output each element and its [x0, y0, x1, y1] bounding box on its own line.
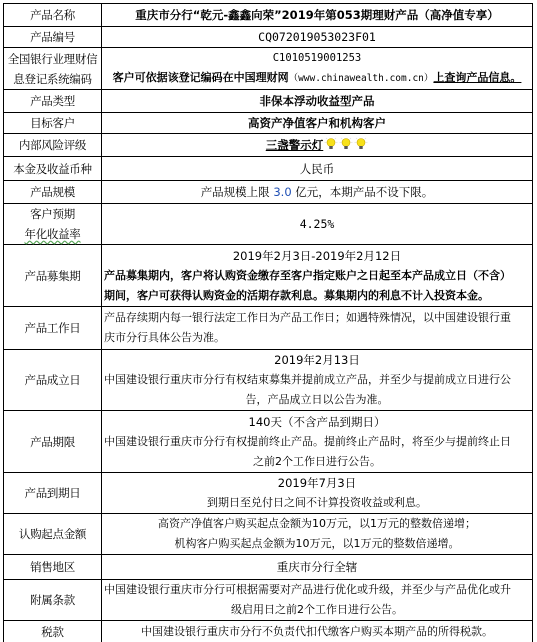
label-product-term: 产品期限	[4, 411, 102, 473]
value-product-type: 非保本浮动收益型产品	[102, 90, 533, 113]
row-maturity-date: 产品到期日 2019年7月3日 到期日至兑付日之间不计算投资收益或利息。	[4, 473, 533, 514]
risk-rating-text: 三盏警示灯	[266, 138, 324, 152]
row-product-name: 产品名称 重庆市分行“乾元-鑫鑫向荣”2019年第053期理财产品（高净值专享）	[4, 4, 533, 27]
row-sales-region: 销售地区 重庆市分行全辖	[4, 555, 533, 580]
registry-code: C1010519001253	[104, 48, 530, 68]
label-sales-region: 销售地区	[4, 555, 102, 580]
value-establish-date: 2019年2月13日 中国建设银行重庆市分行有权结束募集并提前成立产品，并至少与…	[102, 350, 533, 411]
value-product-code: CQ072019053023F01	[102, 27, 533, 48]
row-currency: 本金及收益币种 人民币	[4, 157, 533, 181]
row-min-amount: 认购起点金额 高资产净值客户购买起点金额为10万元，以1万元的整数倍递增； 机构…	[4, 514, 533, 555]
row-product-type: 产品类型 非保本浮动收益型产品	[4, 90, 533, 113]
label-raising-period: 产品募集期	[4, 245, 102, 307]
registry-note-prefix: 客户可依据该登记编码在中国理财网	[113, 71, 289, 84]
value-registry-code: C1010519001253 客户可依据该登记编码在中国理财网（www.chin…	[102, 48, 533, 90]
label-additional-clause: 附属条款	[4, 580, 102, 621]
value-raising-period: 2019年2月3日-2019年2月12日 产品募集期内，客户将认购资金缴存至客户…	[102, 245, 533, 307]
registry-note-suffix: 上查询产品信息。	[433, 71, 521, 84]
row-tax: 税款 中国建设银行重庆市分行不负责代扣代缴客户购买本期产品的所得税款。	[4, 621, 533, 642]
row-registry-code: 全国银行业理财信 息登记系统编码 C1010519001253 客户可依据该登记…	[4, 48, 533, 90]
label-min-amount: 认购起点金额	[4, 514, 102, 555]
lightbulb-icon	[354, 137, 368, 151]
lightbulb-icon	[339, 137, 353, 151]
row-product-code: 产品编号 CQ072019053023F01	[4, 27, 533, 48]
label-workday: 产品工作日	[4, 307, 102, 350]
value-currency: 人民币	[102, 157, 533, 181]
label-product-type: 产品类型	[4, 90, 102, 113]
value-maturity-date: 2019年7月3日 到期日至兑付日之间不计算投资收益或利息。	[102, 473, 533, 514]
label-risk-rating: 内部风险评级	[4, 134, 102, 157]
row-establish-date: 产品成立日 2019年2月13日 中国建设银行重庆市分行有权结束募集并提前成立产…	[4, 350, 533, 411]
lightbulb-icon	[324, 137, 338, 151]
product-info-table: 产品名称 重庆市分行“乾元-鑫鑫向荣”2019年第053期理财产品（高净值专享）…	[3, 3, 533, 642]
row-product-scale: 产品规模 产品规模上限 3.0 亿元，本期产品不设下限。	[4, 181, 533, 204]
value-product-scale: 产品规模上限 3.0 亿元，本期产品不设下限。	[102, 181, 533, 204]
row-expected-yield: 客户预期 年化收益率 4.25%	[4, 204, 533, 245]
row-raising-period: 产品募集期 2019年2月3日-2019年2月12日 产品募集期内，客户将认购资…	[4, 245, 533, 307]
label-line-2: 息登记系统编码	[6, 69, 99, 89]
label-establish-date: 产品成立日	[4, 350, 102, 411]
value-target-client: 高资产净值客户和机构客户	[102, 113, 533, 134]
label-currency: 本金及收益币种	[4, 157, 102, 181]
row-workday: 产品工作日 产品存续期内每一银行法定工作日为产品工作日；如遇特殊情况，以中国建设…	[4, 307, 533, 350]
scale-limit-value: 3.0	[273, 185, 291, 199]
label-tax: 税款	[4, 621, 102, 642]
value-tax: 中国建设银行重庆市分行不负责代扣代缴客户购买本期产品的所得税款。	[102, 621, 533, 642]
value-risk-rating: 三盏警示灯	[102, 134, 533, 157]
value-sales-region: 重庆市分行全辖	[102, 555, 533, 580]
label-product-name: 产品名称	[4, 4, 102, 27]
registry-url[interactable]: （www.chinawealth.com.cn）	[289, 73, 434, 84]
label-target-client: 目标客户	[4, 113, 102, 134]
row-risk-rating: 内部风险评级 三盏警示灯	[4, 134, 533, 157]
value-expected-yield: 4.25%	[102, 204, 533, 245]
label-product-scale: 产品规模	[4, 181, 102, 204]
value-additional-clause: 中国建设银行重庆市分行可根据需要对产品进行优化或升级，并至少与产品优化或升 级启…	[102, 580, 533, 621]
value-workday: 产品存续期内每一银行法定工作日为产品工作日；如遇特殊情况，以中国建设银行重 庆市…	[102, 307, 533, 350]
label-registry-code: 全国银行业理财信 息登记系统编码	[4, 48, 102, 90]
row-additional-clause: 附属条款 中国建设银行重庆市分行可根据需要对产品进行优化或升级，并至少与产品优化…	[4, 580, 533, 621]
value-product-term: 140天（不含产品到期日） 中国建设银行重庆市分行有权提前终止产品。提前终止产品…	[102, 411, 533, 473]
raising-dates: 2019年2月3日-2019年2月12日	[104, 246, 530, 266]
value-product-name: 重庆市分行“乾元-鑫鑫向荣”2019年第053期理财产品（高净值专享）	[102, 4, 533, 27]
label-line-1: 全国银行业理财信	[6, 49, 99, 69]
value-min-amount: 高资产净值客户购买起点金额为10万元，以1万元的整数倍递增； 机构客户购买起点金…	[102, 514, 533, 555]
row-target-client: 目标客户 高资产净值客户和机构客户	[4, 113, 533, 134]
label-expected-yield: 客户预期 年化收益率	[4, 204, 102, 245]
row-product-term: 产品期限 140天（不含产品到期日） 中国建设银行重庆市分行有权提前终止产品。提…	[4, 411, 533, 473]
label-maturity-date: 产品到期日	[4, 473, 102, 514]
label-product-code: 产品编号	[4, 27, 102, 48]
